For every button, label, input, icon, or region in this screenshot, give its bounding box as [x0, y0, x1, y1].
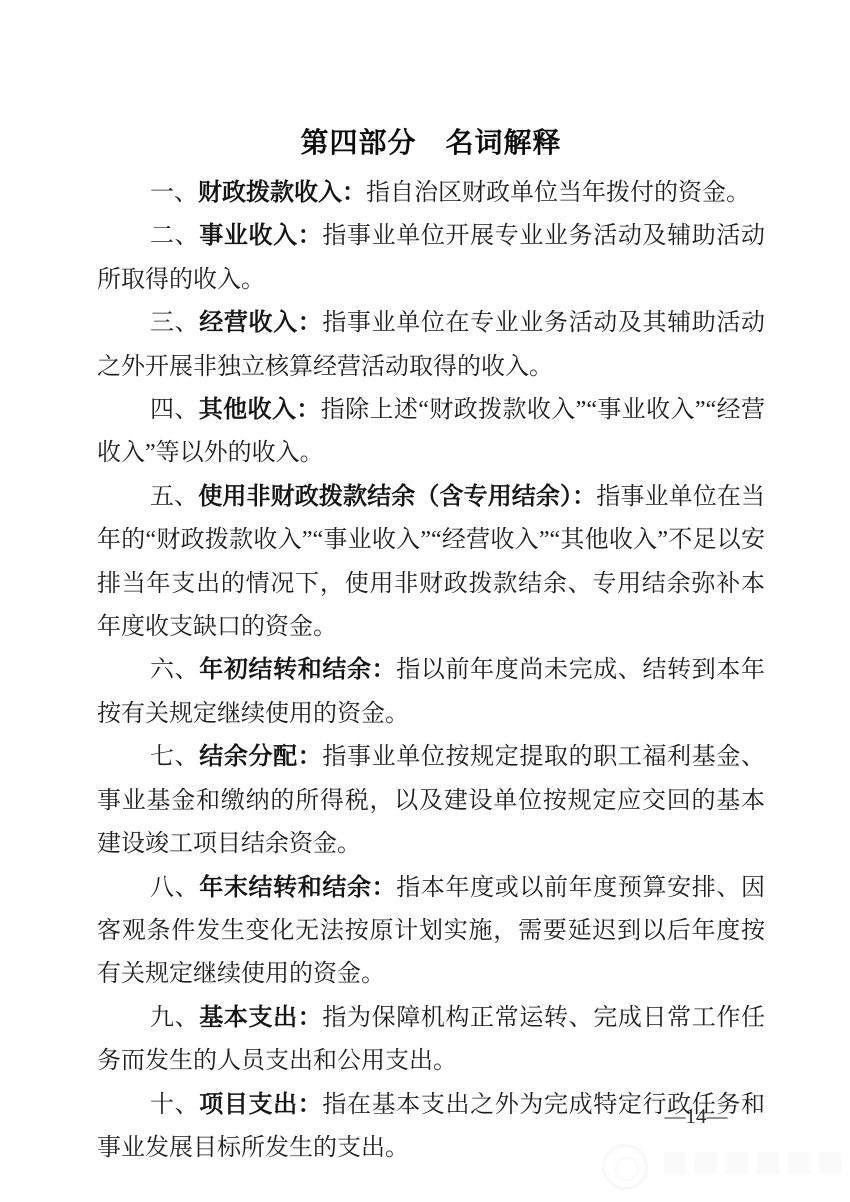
- item-term: 事业收入：: [199, 223, 322, 249]
- item-term: 年初结转和结余：: [199, 657, 396, 683]
- glossary-item-8: 八、年末结转和结余：指本年度或以前年度预算安排、因客观条件发生变化无法按原计划实…: [97, 867, 765, 997]
- item-number: 十、: [150, 1092, 199, 1118]
- item-term: 使用非财政拨款结余（含专用结余）：: [198, 484, 596, 510]
- item-number: 七、: [150, 744, 199, 770]
- item-term: 基本支出：: [199, 1005, 322, 1031]
- item-number: 六、: [150, 657, 199, 683]
- glossary-item-6: 六、年初结转和结余：指以前年度尚未完成、结转到本年 按有关规定继续使用的资金。: [97, 649, 765, 736]
- document-body: 第四部分 名词解释 一、财政拨款收入：指自治区财政单位当年拨付的资金。 二、事业…: [97, 124, 765, 1170]
- item-number: 一、: [150, 180, 198, 206]
- item-term: 项目支出：: [199, 1092, 322, 1118]
- item-term: 年末结转和结余：: [199, 875, 396, 901]
- glossary-item-4: 四、其他收入：指除上述“财政拨款收入”“事业收入”“经营收入”等以外的收入。: [97, 389, 765, 476]
- item-number: 五、: [150, 484, 198, 510]
- item-number: 二、: [150, 223, 199, 249]
- glossary-item-3: 三、经营收入：指事业单位在专业业务活动及其辅助活动之外开展非独立核算经营活动取得…: [97, 302, 765, 389]
- item-term: 经营收入：: [199, 310, 322, 336]
- glossary-item-2: 二、事业收入：指事业单位开展专业业务活动及辅助活动所取得的收入。: [97, 215, 765, 302]
- item-definition: 指自治区财政单位当年拨付的资金。: [366, 180, 750, 206]
- section-title: 第四部分 名词解释: [97, 124, 765, 162]
- item-number: 八、: [150, 875, 199, 901]
- item-term: 财政拨款收入：: [198, 180, 366, 206]
- page-background: 第四部分 名词解释 一、财政拨款收入：指自治区财政单位当年拨付的资金。 二、事业…: [0, 0, 850, 1202]
- glossary-item-9: 九、基本支出：指为保障机构正常运转、完成日常工作任务而发生的人员支出和公用支出。: [97, 997, 765, 1084]
- page-number: —14—: [648, 1104, 744, 1129]
- glossary-item-7: 七、结余分配：指事业单位按规定提取的职工福利基金、事业基金和缴纳的所得税，以及建…: [97, 736, 765, 866]
- item-term: 结余分配：: [199, 744, 322, 770]
- item-term: 其他收入：: [199, 397, 321, 423]
- item-number: 三、: [150, 310, 199, 336]
- glossary-item-1: 一、财政拨款收入：指自治区财政单位当年拨付的资金。: [97, 172, 765, 215]
- item-number: 四、: [150, 397, 199, 423]
- glossary-item-5: 五、使用非财政拨款结余（含专用结余）：指事业单位在当年的“财政拨款收入”“事业收…: [97, 476, 765, 650]
- document-page: { "document": { "title": "第四部分 名词解释", "p…: [0, 0, 850, 1202]
- item-number: 九、: [150, 1005, 199, 1031]
